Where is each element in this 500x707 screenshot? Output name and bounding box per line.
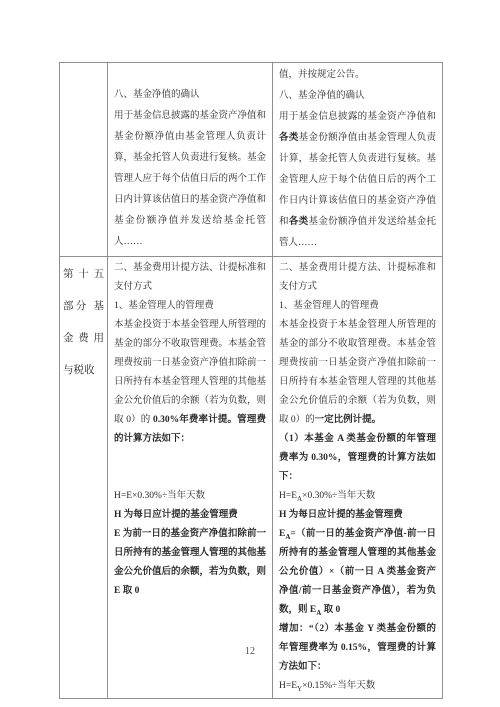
text-line: 1、基金管理人的管理费 [114, 297, 266, 316]
text-line: 本基金投资于本基金管理人所管理的基金的部分不收取管理费。本基金管理费按前一日基金… [114, 316, 266, 449]
table-row: 八、基金净值的确认用于基金信息披露的基金资产净值和基金份额净值由基金管理人负责计… [60, 63, 443, 257]
text-line: 值，并按规定公告。 [279, 65, 436, 86]
text-line: H=EY×0.15%÷当年天数 [279, 677, 436, 696]
text-line: H 为每日应计提的基金管理费 [279, 506, 436, 525]
text-line: （1）本基金 A 类基金份额的年管理费率为 0.30%，管理费的计算方法如下： [279, 430, 436, 487]
text-line: 二、基金费用计提方法、计提标准和支付方式 [114, 259, 266, 297]
text-line: 1、基金管理人的管理费 [279, 297, 436, 316]
section-label-cell: 第十五部分 基金费用与税收 [60, 257, 108, 699]
page-number: 12 [0, 646, 500, 657]
fund-contract-comparison-table: 八、基金净值的确认用于基金信息披露的基金资产净值和基金份额净值由基金管理人负责计… [59, 62, 443, 699]
text-line: H 为每日应计提的基金管理费 [114, 506, 266, 525]
text-line: E 为前一日的基金资产净值扣除前一日所持有的基金管理人管理的其他基金公允价值后的… [114, 525, 266, 601]
text-line: 本基金投资于本基金管理人所管理的基金的部分不收取管理费。本基金管理费按前一日基金… [279, 316, 436, 430]
text-line: 用于基金信息披露的基金资产净值和基金份额净值由基金管理人负责计算，基金托管人负责… [114, 106, 266, 253]
section-label-cell-empty [60, 63, 108, 257]
text-line: H=E×0.30%÷当年天数 [114, 487, 266, 506]
table-row: 第十五部分 基金费用与税收 二、基金费用计提方法、计提标准和支付方式1、基金管理… [60, 257, 443, 699]
text-line: EA=（前一日的基金资产净值-前一日所持有的基金管理人管理的其他基金公允价值）×… [279, 525, 436, 620]
text-line: 八、基金净值的确认 [114, 85, 266, 106]
document-page: 八、基金净值的确认用于基金信息披露的基金资产净值和基金份额净值由基金管理人负责计… [0, 0, 500, 707]
new-version-cell: 值，并按规定公告。八、基金净值的确认用于基金信息披露的基金资产净值和各类基金份额… [273, 63, 443, 257]
new-version-cell: 二、基金费用计提方法、计提标准和支付方式1、基金管理人的管理费本基金投资于本基金… [273, 257, 443, 699]
text-line: 二、基金费用计提方法、计提标准和支付方式 [279, 259, 436, 297]
text-line: H=EA×0.30%÷当年天数 [279, 487, 436, 506]
text-line: 用于基金信息披露的基金资产净值和各类基金份额净值由基金管理人负责计算，基金托管人… [279, 107, 436, 254]
old-version-cell: 八、基金净值的确认用于基金信息披露的基金资产净值和基金份额净值由基金管理人负责计… [108, 63, 273, 257]
text-line [114, 449, 266, 487]
text-line: 八、基金净值的确认 [279, 86, 436, 107]
section-label: 第十五部分 基金费用与税收 [63, 259, 104, 387]
old-version-cell: 二、基金费用计提方法、计提标准和支付方式1、基金管理人的管理费本基金投资于本基金… [108, 257, 273, 699]
